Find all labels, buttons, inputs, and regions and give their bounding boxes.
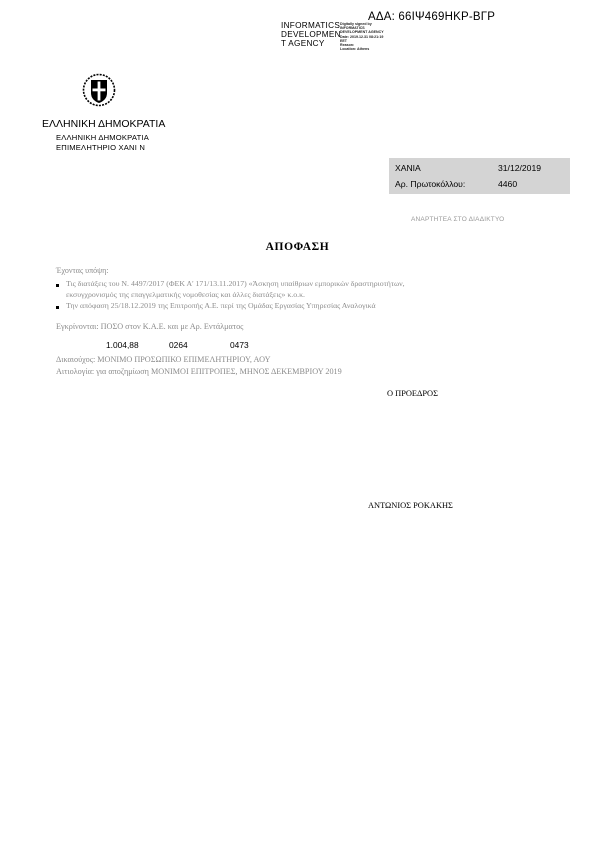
signature-detail-line: Location: Athens xyxy=(340,47,384,51)
date-value: 31/12/2019 xyxy=(498,163,541,173)
place-label: ΧΑΝΙΑ xyxy=(395,163,421,173)
beneficiary-line: Δικαιούχος: ΜΟΝΙΜΟ ΠΡΟΣΩΠΙΚΟ ΕΠΙΜΕΛΗΤΗΡΙ… xyxy=(56,355,271,364)
posting-note: ΑΝΑΡΤΗΤΕΑ ΣΤΟ ΔΙΑΔΙΚΤΥΟ xyxy=(411,216,504,223)
issuer-line: ΕΛΛΗΝΙΚΗ ΔΗΜΟΚΡΑΤΙΑ xyxy=(56,133,149,143)
bullet-icon xyxy=(56,306,59,309)
bullet-2-line-1: Την απόφαση 25/18.12.2019 της Επιτροπής … xyxy=(66,301,376,310)
signer-name: ΑΝΤΩΝΙΟΣ ΡΟΚΑΚΗΣ xyxy=(368,501,453,510)
signature-detail-line: DEVELOPMENT AGENCY xyxy=(340,30,384,34)
issuer-block: ΕΛΛΗΝΙΚΗ ΔΗΜΟΚΡΑΤΙΑ ΕΠΙΜΕΛΗΤΗΡΙΟ ΧΑΝΙ Ν xyxy=(56,133,149,153)
protocol-info-box: ΧΑΝΙΑ 31/12/2019 Αρ. Πρωτοκόλλου: 4460 xyxy=(389,158,570,194)
digital-signature-details: Digitally signed by INFORMATICS DEVELOPM… xyxy=(340,22,384,51)
digital-signature-org: INFORMATICS DEVELOPMEN T AGENCY xyxy=(281,21,341,48)
protocol-number: 4460 xyxy=(498,179,517,189)
issuer-line: ΕΠΙΜΕΛΗΤΗΡΙΟ ΧΑΝΙ Ν xyxy=(56,143,149,153)
signature-org-line: INFORMATICS xyxy=(281,21,341,30)
considering-label: Έχοντας υπόψη: xyxy=(56,266,109,275)
reason-line: Αιτιολογία: για αποζημίωση ΜΟΝΙΜΟΙ ΕΠΙΤΡ… xyxy=(56,367,342,376)
bullet-1-line-1: Τις διατάξεις του Ν. 4497/2017 (ΦΕΚ Α' 1… xyxy=(66,279,405,288)
signature-org-line: DEVELOPMEN xyxy=(281,30,341,39)
amount-value: 1.004,88 xyxy=(106,340,139,350)
signature-org-line: T AGENCY xyxy=(281,39,341,48)
document-title: ΑΠΟΦΑΣΗ xyxy=(0,241,595,253)
ada-code: ΑΔΑ: 66ΙΨ469ΗΚΡ-ΒΓΡ xyxy=(368,11,495,23)
country-name: ΕΛΛΗΝΙΚΗ ΔΗΜΟΚΡΑΤΙΑ xyxy=(42,118,165,130)
bullet-1-line-2: εκσυγχρονισμός της επαγγελματικής νομοθε… xyxy=(66,290,305,299)
kae-value: 0264 xyxy=(169,340,188,350)
signer-role: Ο ΠΡΟΕΔΡΟΣ xyxy=(387,389,438,398)
greek-coat-of-arms-icon xyxy=(82,73,116,107)
approval-line: Εγκρίνονται: ΠΟΣΟ στον Κ.Α.Ε. και με Αρ.… xyxy=(56,322,243,331)
warrant-number: 0473 xyxy=(230,340,249,350)
protocol-label: Αρ. Πρωτοκόλλου: xyxy=(395,179,465,189)
bullet-icon xyxy=(56,284,59,287)
